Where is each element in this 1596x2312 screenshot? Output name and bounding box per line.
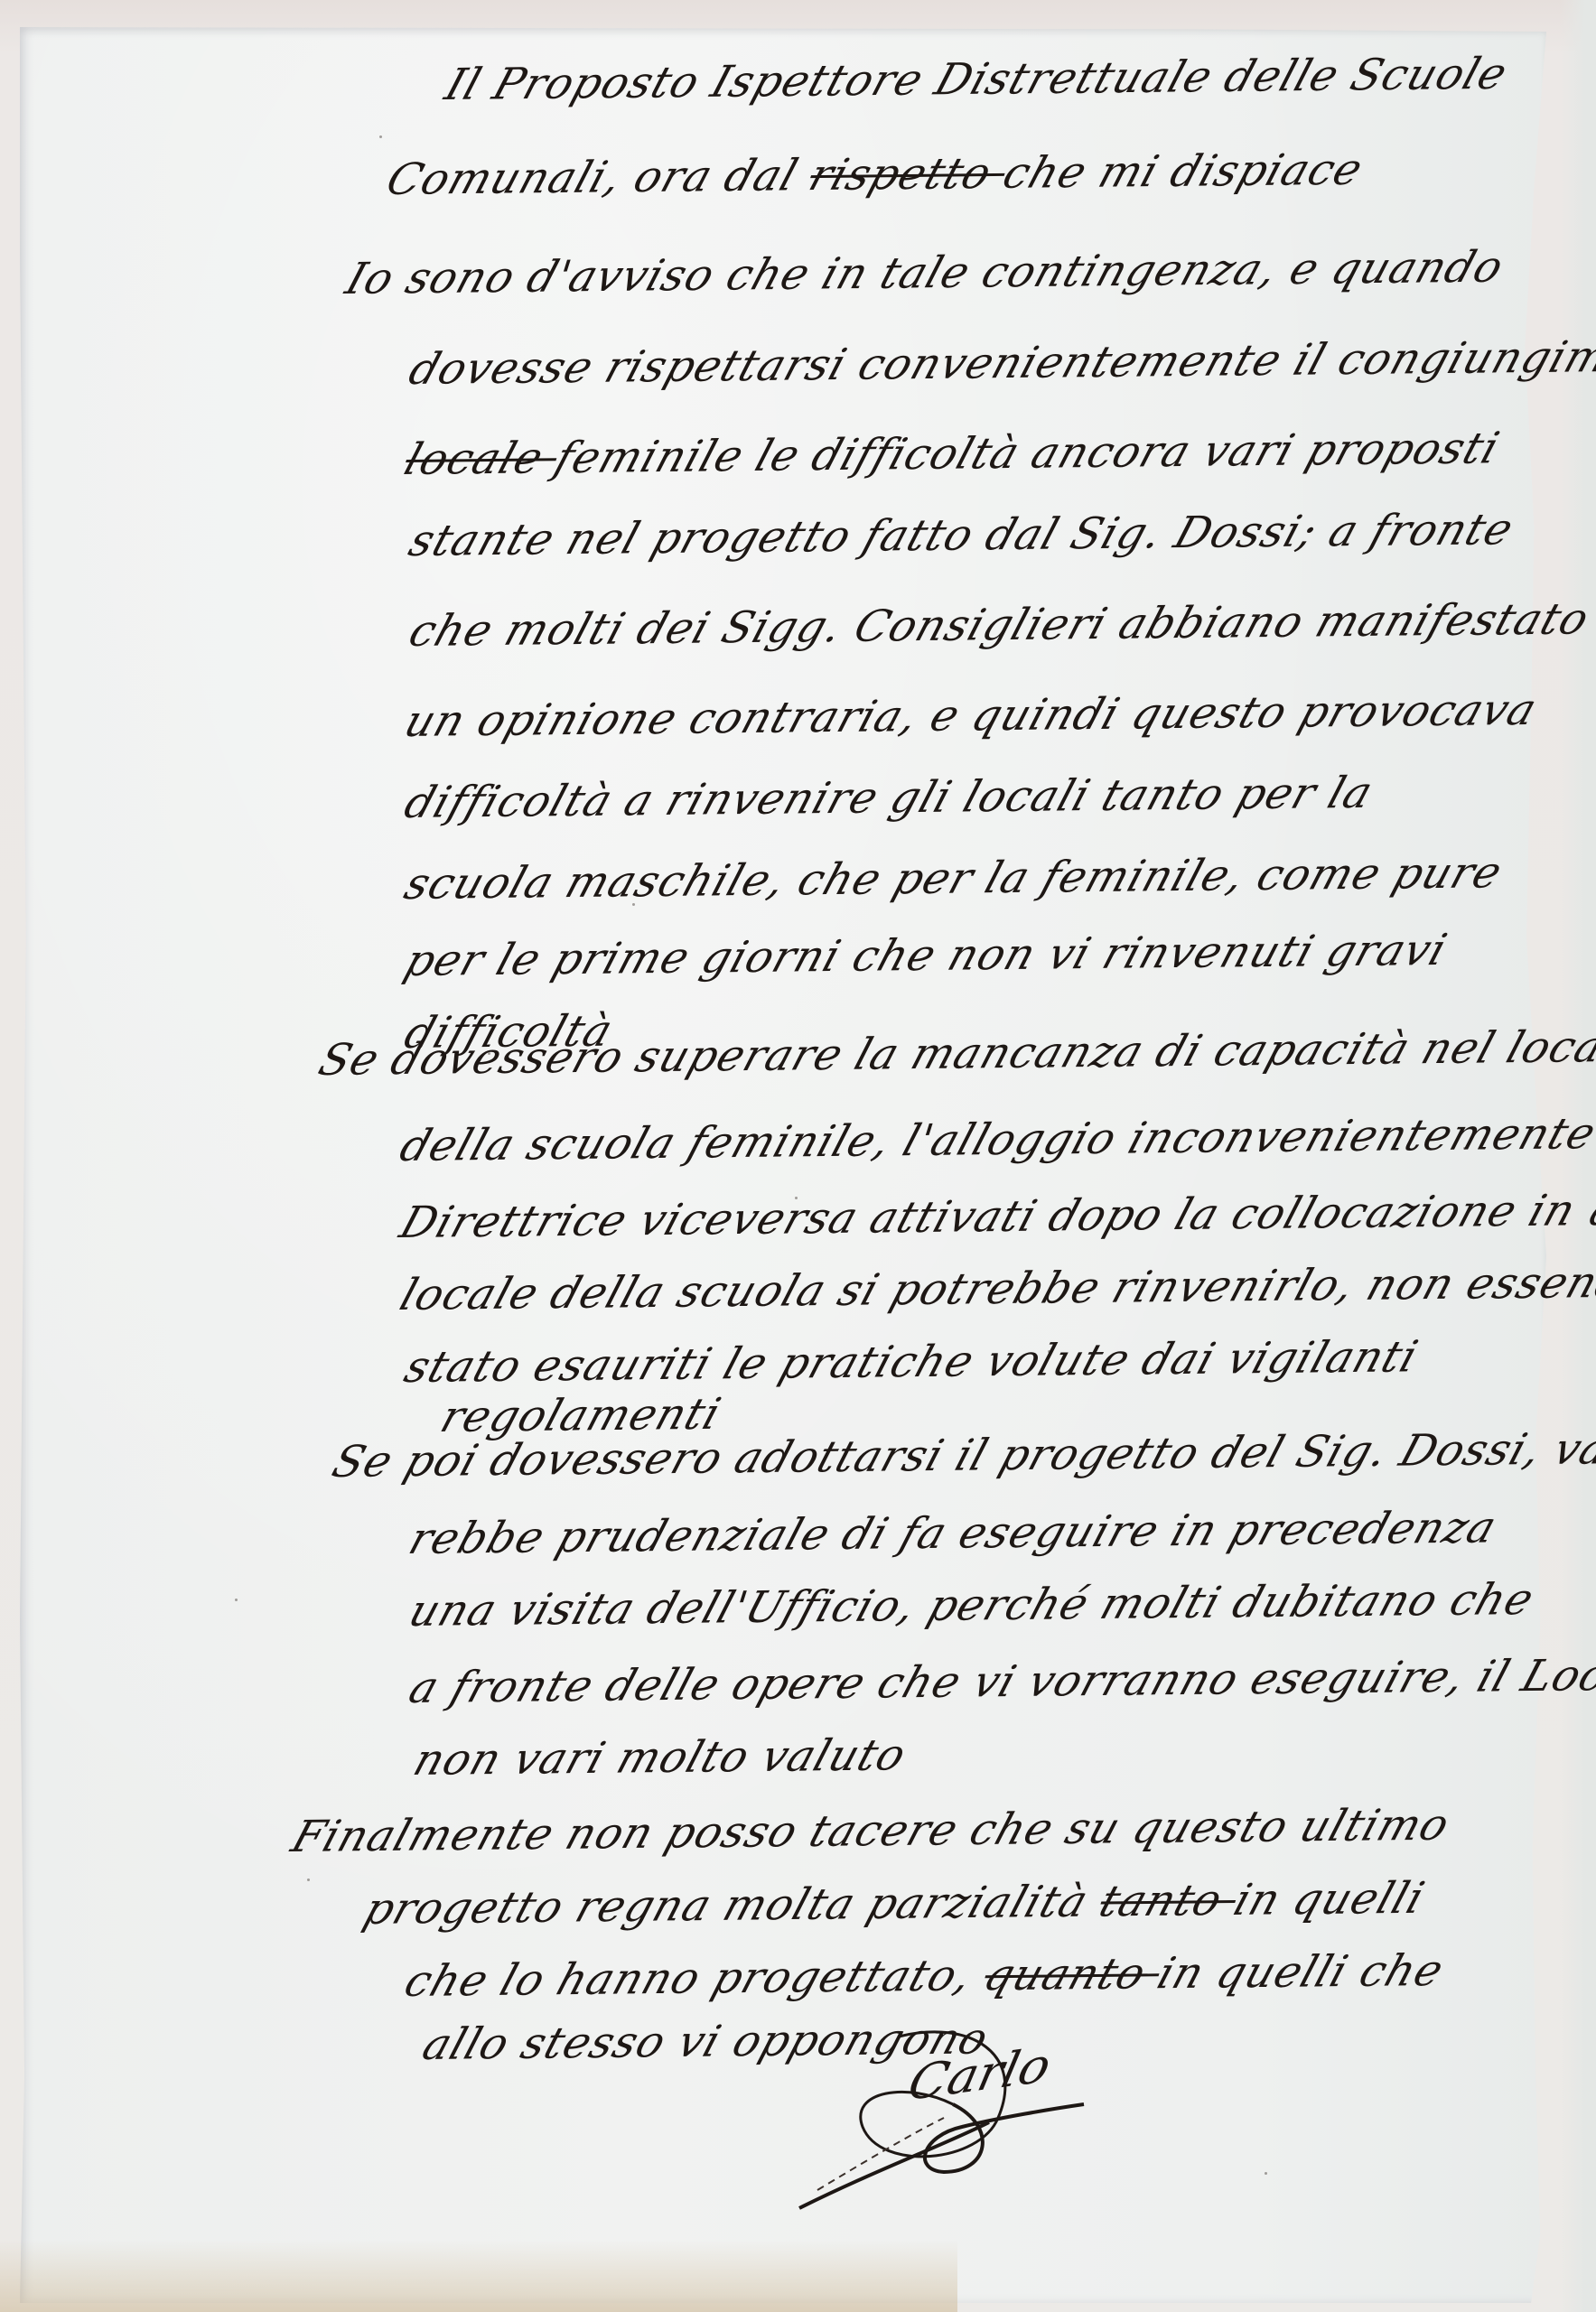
manuscript-line: progetto regna molta parzialità tanto in… bbox=[359, 1877, 1430, 1931]
manuscript-line: un opinione contraria, e quindi questo p… bbox=[399, 688, 1542, 743]
manuscript-line: Se poi dovessero adottarsi il progetto d… bbox=[327, 1427, 1596, 1484]
manuscript-line: non vari molto valuto bbox=[408, 1733, 911, 1782]
manuscript-line: difficoltà a rinvenire gli locali tanto … bbox=[399, 771, 1377, 825]
manuscript-line: Finalmente non posso tacere che su quest… bbox=[286, 1804, 1454, 1859]
manuscript-line: Io sono d'avviso che in tale contingenza… bbox=[341, 246, 1508, 301]
manuscript-line: una visita dell'Ufficio, perché molti du… bbox=[404, 1578, 1539, 1633]
manuscript-line: stante nel progetto fatto dal Sig. Dossi… bbox=[404, 508, 1518, 563]
manuscript-line: Se dovessero superare la mancanza di cap… bbox=[313, 1025, 1596, 1082]
manuscript-line: stato esauriti le pratiche volute dai vi… bbox=[399, 1335, 1423, 1389]
manuscript-text: Il Proposto Ispettore Distrettuale delle… bbox=[0, 0, 1596, 2312]
manuscript-line: che molti dei Sigg. Consiglieri abbiano … bbox=[404, 597, 1594, 653]
manuscript-line: rebbe prudenziale di fa eseguire in prec… bbox=[404, 1506, 1501, 1561]
manuscript-line: dovesse rispettarsi convenientemente il … bbox=[404, 333, 1596, 391]
manuscript-line: a fronte delle opere che vi vorranno ese… bbox=[404, 1653, 1596, 1710]
manuscript-line: che lo hanno progettato, quanto in quell… bbox=[399, 1949, 1449, 2003]
manuscript-line: locale della scuola si potrebbe rinvenir… bbox=[395, 1261, 1596, 1317]
manuscript-line: Direttrice viceversa attivati dopo la co… bbox=[395, 1188, 1596, 1245]
manuscript-line: Il Proposto Ispettore Distrettuale delle… bbox=[440, 52, 1512, 107]
manuscript-line: scuola maschile, che per la feminile, co… bbox=[399, 851, 1507, 906]
manuscript-line: locale feminile le difficoltà ancora var… bbox=[399, 426, 1504, 481]
manuscript-line: Comunali, ora dal rispetto che mi dispia… bbox=[381, 148, 1367, 201]
signature-flourish-icon bbox=[763, 2018, 1106, 2217]
manuscript-line: per le prime giorni che non vi rinvenuti… bbox=[399, 928, 1451, 983]
manuscript-line: della scuola feminile, l'alloggio inconv… bbox=[395, 1111, 1596, 1168]
manuscript-line: regolamenti bbox=[435, 1393, 726, 1439]
signature: Carlo bbox=[763, 2018, 1106, 2217]
